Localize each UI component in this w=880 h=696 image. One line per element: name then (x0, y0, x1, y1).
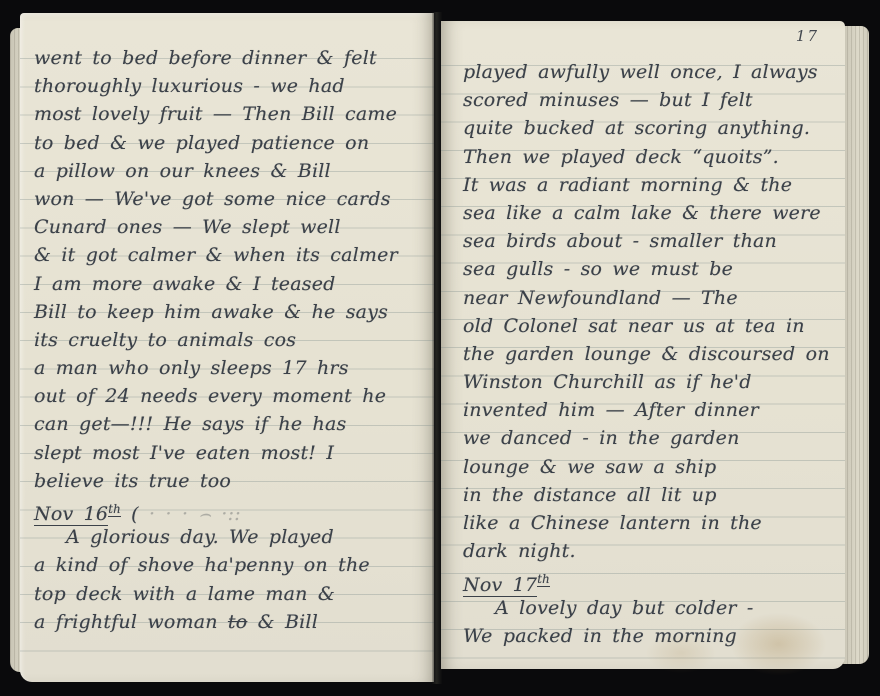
handwriting-segment: Cunard ones — We slept well (34, 216, 341, 238)
handwriting-line: we danced - in the garden (463, 425, 845, 453)
handwriting-line: Then we played deck “quoits”. (463, 144, 845, 172)
handwriting-line: its cruelty to animals cos (34, 327, 434, 355)
handwriting-segment: It was a radiant morning & the (463, 174, 792, 196)
handwriting-segment: ( (121, 503, 139, 525)
handwriting-line: like a Chinese lantern in the (463, 510, 845, 538)
handwriting-segment: like a Chinese lantern in the (463, 512, 762, 534)
handwriting-segment: slept most I've eaten most! I (34, 442, 334, 464)
right-page-text: played awfully well once, I alwaysscored… (441, 59, 845, 651)
handwriting-line: a man who only sleeps 17 hrs (34, 355, 434, 383)
handwriting-line: Nov 16th ( · · · ⌢ ·:: (34, 496, 434, 524)
handwriting-line: a pillow on our knees & Bill (34, 158, 434, 186)
handwriting-segment: dark night. (463, 540, 576, 562)
paper-stain (646, 633, 716, 673)
handwriting-line: went to bed before dinner & felt (34, 45, 434, 73)
handwriting-segment: to (228, 611, 247, 633)
handwriting-segment: its cruelty to animals cos (34, 329, 296, 351)
handwriting-segment: Nov 16 (34, 503, 108, 526)
handwriting-segment: a frightful woman (34, 611, 228, 633)
handwriting-line: near Newfoundland — The (463, 285, 845, 313)
handwriting-segment: · · · ⌢ ·:: (139, 503, 241, 525)
handwriting-segment: played awfully well once, I always (463, 61, 818, 83)
handwriting-line: played awfully well once, I always (463, 59, 845, 87)
handwriting-line: lounge & we saw a ship (463, 454, 845, 482)
handwriting-segment: sea birds about - smaller than (463, 230, 777, 252)
handwriting-line: Winston Churchill as if he'd (463, 369, 845, 397)
handwriting-segment: top deck with a lame man & (34, 583, 335, 605)
handwriting-segment: a pillow on our knees & Bill (34, 160, 331, 182)
handwriting-line: won — We've got some nice cards (34, 186, 434, 214)
handwriting-segment: & Bill (247, 611, 318, 633)
handwriting-segment: we danced - in the garden (463, 427, 740, 449)
handwriting-segment: Winston Churchill as if he'd (463, 371, 752, 393)
right-page: 17 played awfully well once, I alwayssco… (441, 21, 845, 669)
handwriting-line: the garden lounge & discoursed on (463, 341, 845, 369)
handwriting-segment: believe its true too (34, 470, 231, 492)
handwriting-line: Nov 17th (463, 566, 845, 594)
handwriting-line: quite bucked at scoring anything. (463, 115, 845, 143)
handwriting-segment: sea gulls - so we must be (463, 258, 733, 280)
left-page-text: went to bed before dinner & feltthorough… (20, 45, 434, 637)
handwriting-segment: lounge & we saw a ship (463, 456, 716, 478)
handwriting-segment: thoroughly luxurious - we had (34, 75, 345, 97)
handwriting-segment: quite bucked at scoring anything. (463, 117, 810, 139)
paper-stain (731, 613, 826, 675)
handwriting-line: top deck with a lame man & (34, 581, 434, 609)
handwriting-line: It was a radiant morning & the (463, 172, 845, 200)
handwriting-line: dark night. (463, 538, 845, 566)
left-page: went to bed before dinner & feltthorough… (20, 13, 434, 682)
handwriting-segment: won — We've got some nice cards (34, 188, 391, 210)
handwriting-segment: the garden lounge & discoursed on (463, 343, 830, 365)
handwriting-segment: A glorious day. We played (66, 526, 334, 548)
page-edges-right (843, 26, 869, 664)
handwriting-segment: th (537, 572, 550, 587)
handwriting-segment: near Newfoundland — The (463, 287, 738, 309)
handwriting-line: sea gulls - so we must be (463, 256, 845, 284)
handwriting-line: to bed & we played patience on (34, 130, 434, 158)
handwriting-segment: Bill to keep him awake & he says (34, 301, 388, 323)
handwriting-segment: th (108, 502, 121, 517)
handwriting-segment: sea like a calm lake & there were (463, 202, 821, 224)
handwriting-segment: old Colonel sat near us at tea in (463, 315, 805, 337)
handwriting-line: scored minuses — but I felt (463, 87, 845, 115)
handwriting-segment: in the distance all lit up (463, 484, 717, 506)
notebook-photo: went to bed before dinner & feltthorough… (0, 0, 880, 696)
handwriting-line: believe its true too (34, 468, 434, 496)
handwriting-segment: a man who only sleeps 17 hrs (34, 357, 349, 379)
handwriting-segment: can get—!!! He says if he has (34, 413, 346, 435)
handwriting-segment: to bed & we played patience on (34, 132, 369, 154)
handwriting-line: I am more awake & I teased (34, 271, 434, 299)
handwriting-segment: invented him — After dinner (463, 399, 759, 421)
handwriting-line: out of 24 needs every moment he (34, 383, 434, 411)
handwriting-segment: & it got calmer & when its calmer (34, 244, 398, 266)
handwriting-line: in the distance all lit up (463, 482, 845, 510)
handwriting-line: Bill to keep him awake & he says (34, 299, 434, 327)
handwriting-segment: I am more awake & I teased (34, 273, 336, 295)
page-number: 17 (796, 27, 819, 45)
handwriting-segment: A lovely day but colder - (495, 597, 754, 619)
handwriting-line: sea like a calm lake & there were (463, 200, 845, 228)
handwriting-segment: a kind of shove ha'penny on the (34, 554, 370, 576)
handwriting-line: & it got calmer & when its calmer (34, 242, 434, 270)
handwriting-segment: Then we played deck “quoits”. (463, 146, 779, 168)
handwriting-segment: out of 24 needs every moment he (34, 385, 386, 407)
handwriting-segment: Nov 17 (463, 574, 537, 597)
handwriting-line: sea birds about - smaller than (463, 228, 845, 256)
handwriting-line: invented him — After dinner (463, 397, 845, 425)
handwriting-segment: most lovely fruit — Then Bill came (34, 103, 397, 125)
handwriting-line: a frightful woman to & Bill (34, 609, 434, 637)
handwriting-line: thoroughly luxurious - we had (34, 73, 434, 101)
handwriting-line: old Colonel sat near us at tea in (463, 313, 845, 341)
handwriting-line: Cunard ones — We slept well (34, 214, 434, 242)
handwriting-line: can get—!!! He says if he has (34, 411, 434, 439)
handwriting-segment: went to bed before dinner & felt (34, 47, 377, 69)
handwriting-segment: scored minuses — but I felt (463, 89, 753, 111)
handwriting-line: A glorious day. We played (34, 524, 434, 552)
handwriting-line: most lovely fruit — Then Bill came (34, 101, 434, 129)
handwriting-line: slept most I've eaten most! I (34, 440, 434, 468)
handwriting-line: a kind of shove ha'penny on the (34, 552, 434, 580)
